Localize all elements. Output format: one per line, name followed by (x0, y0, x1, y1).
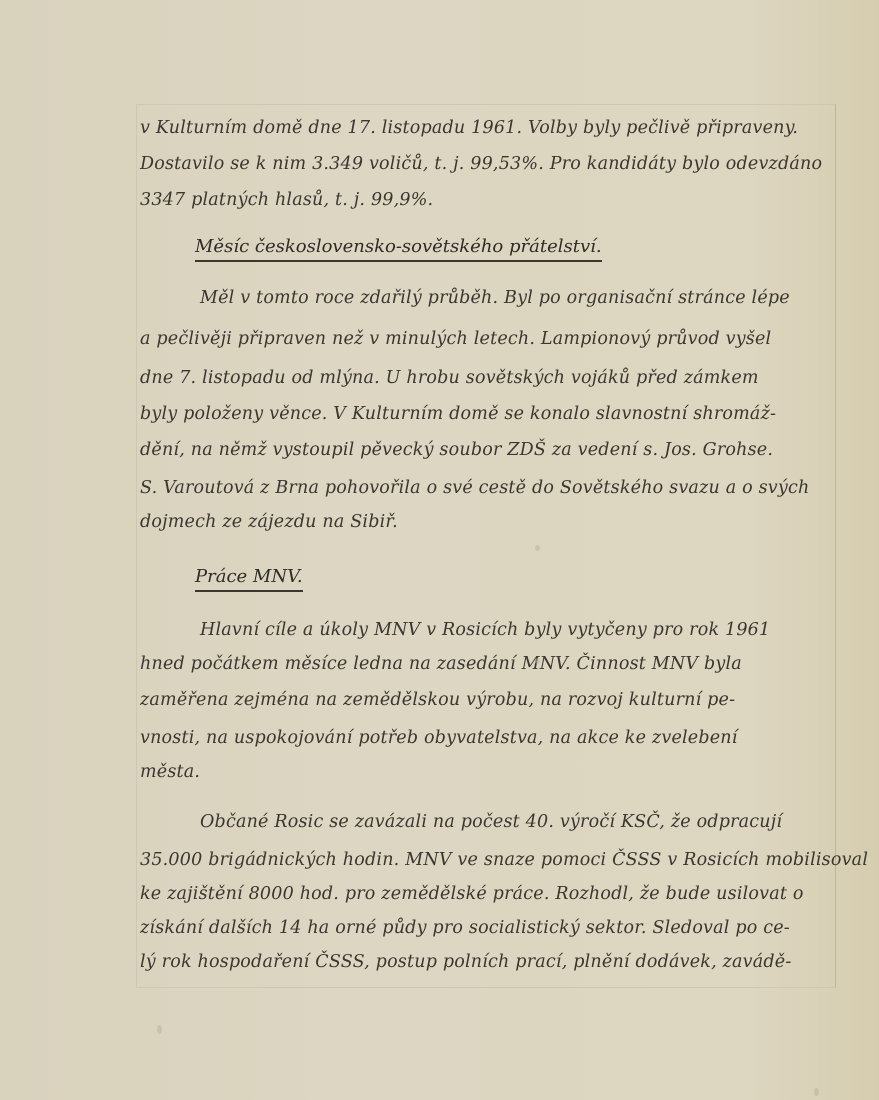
section-heading: Práce MNV. (195, 566, 303, 592)
text-line: dne 7. listopadu od mlýna. U hrobu sovět… (140, 368, 830, 388)
section-heading: Měsíc československo-sovětského přátelst… (195, 236, 602, 262)
text-line: v Kulturním domě dne 17. listopadu 1961.… (140, 118, 830, 138)
text-line: hned počátkem měsíce ledna na zasedání M… (140, 654, 830, 674)
text-line: dění, na němž vystoupil pěvecký soubor Z… (140, 440, 830, 460)
text-line: byly položeny věnce. V Kulturním domě se… (140, 404, 830, 424)
paper-stain (535, 658, 540, 664)
text-line: lý rok hospodaření ČSSS, postup polních … (140, 952, 830, 972)
text-line: Občané Rosic se zavázali na počest 40. v… (140, 812, 830, 832)
text-line: Dostavilo se k nim 3.349 voličů, t. j. 9… (140, 154, 830, 174)
paper-stain (535, 545, 540, 551)
text-line: dojmech ze zájezdu na Sibiř. (140, 512, 830, 532)
text-line: 3347 platných hlasů, t. j. 99,9%. (140, 190, 830, 210)
text-line: ke zajištění 8000 hod. pro zemědělské pr… (140, 884, 830, 904)
text-line: Hlavní cíle a úkoly MNV v Rosicích byly … (140, 620, 830, 640)
text-line: a pečlivěji připraven než v minulých let… (140, 329, 830, 349)
text-line: získání dalších 14 ha orné půdy pro soci… (140, 918, 830, 938)
text-line: S. Varoutová z Brna pohovořila o své ces… (140, 478, 830, 498)
paper-stain (814, 1088, 819, 1096)
text-line: Měl v tomto roce zdařilý průběh. Byl po … (140, 288, 830, 308)
text-line: zaměřena zejména na zemědělskou výrobu, … (140, 690, 830, 710)
text-line: vnosti, na uspokojování potřeb obyvatels… (140, 728, 830, 748)
paper-stain (157, 1025, 162, 1034)
text-line: 35.000 brigádnických hodin. MNV ve snaze… (140, 850, 830, 870)
text-line: města. (140, 762, 830, 782)
